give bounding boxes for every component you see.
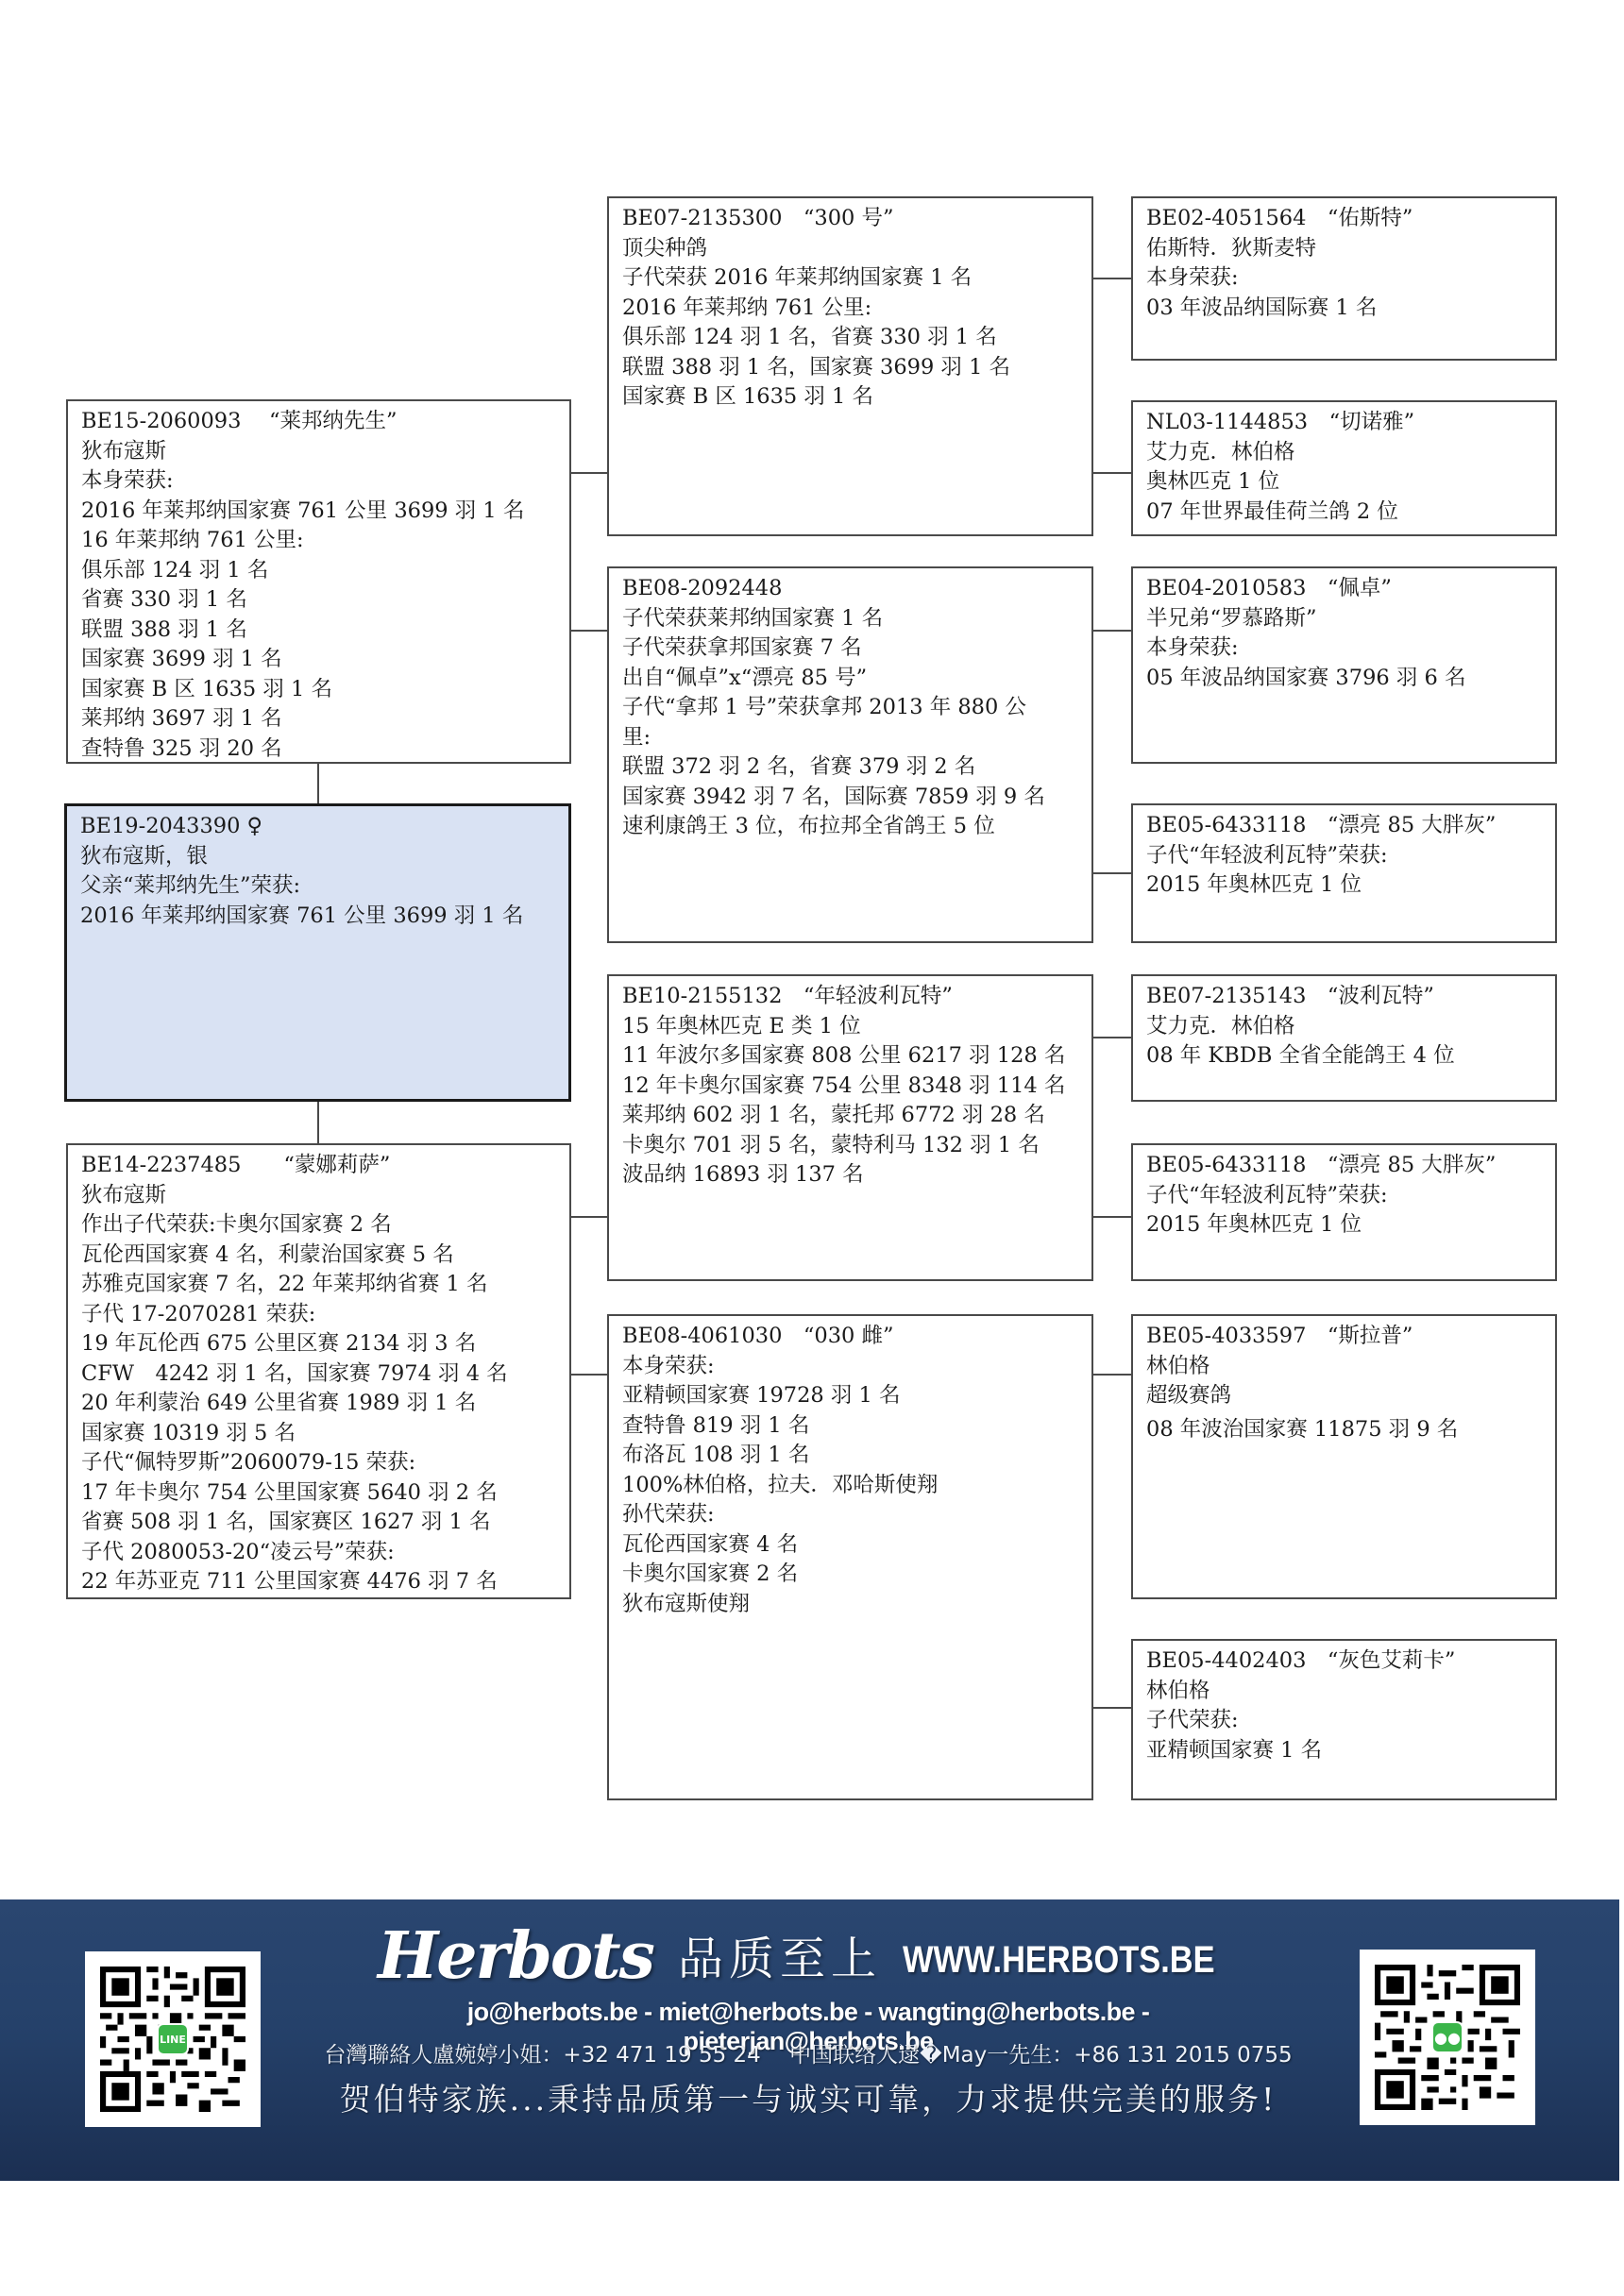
dam-line: 20 年利蒙治 649 公里省赛 1989 羽 1 名	[81, 1389, 569, 1419]
great-grandparent-card: NL03-1144853 “切诺雅” 艾力克．林伯格 奥林匹克 1 位 07 年…	[1131, 400, 1557, 536]
line-app-icon: LINE	[157, 2023, 189, 2055]
card-line: BE05-4402403 “灰色艾莉卡”	[1146, 1646, 1555, 1677]
card-line: 子代荣获莱邦纳国家赛 1 名	[622, 604, 1091, 634]
wechat-qr-code[interactable]: ●●	[1360, 1950, 1535, 2125]
card-line: 2015 年奥林匹克 1 位	[1146, 1210, 1555, 1241]
card-line: BE07-2135300 “300 号”	[622, 204, 1091, 234]
great-grandparent-card: BE05-6433118 “漂亮 85 大胖灰” 子代“年轻波利瓦特”荣获: 2…	[1131, 803, 1557, 943]
card-line: 速利康鸽王 3 位，布拉邦全省鸽王 5 位	[622, 812, 1091, 842]
connector	[1092, 1037, 1131, 1038]
card-line: 里:	[622, 723, 1091, 753]
card-line: NL03-1144853 “切诺雅”	[1146, 408, 1555, 438]
sire-line: BE15-2060093 “莱邦纳先生”	[81, 407, 569, 437]
connector	[570, 472, 607, 474]
card-line: 瓦伦西国家赛 4 名	[622, 1530, 1091, 1561]
sire-line: 国家赛 3699 羽 1 名	[81, 645, 569, 675]
tagline: 贺伯特家族...秉持品质第一与诚实可靠，力求提供完美的服务!	[289, 2075, 1328, 2119]
dam-line: 狄布寇斯	[81, 1181, 569, 1211]
connector	[1092, 472, 1131, 474]
card-line: 2015 年奥林匹克 1 位	[1146, 870, 1555, 901]
dam-line: CFW 4242 羽 1 名，国家赛 7974 羽 4 名	[81, 1359, 569, 1390]
card-line: 08 年波治国家赛 11875 羽 9 名	[1146, 1415, 1555, 1445]
contact-phones: 台灣聯絡人盧婉婷小姐：+32 471 19 55 24 中国联络人逯�May一先…	[298, 2037, 1318, 2068]
great-grandparent-card: BE02-4051564 “佑斯特” 佑斯特．狄斯麦特 本身荣获: 03 年波品…	[1131, 196, 1557, 361]
connector	[1092, 1707, 1131, 1709]
connector	[1092, 278, 1131, 279]
great-grandparent-card: BE05-4033597 “斯拉普” 林伯格 超级赛鸽 08 年波治国家赛 11…	[1131, 1314, 1557, 1599]
card-line: 12 年卡奥尔国家赛 754 公里 8348 羽 114 名	[622, 1072, 1091, 1102]
card-line: BE04-2010583 “佩卓”	[1146, 574, 1555, 604]
connector	[1092, 1374, 1131, 1376]
connector	[570, 630, 607, 632]
card-line: 07 年世界最佳荷兰鸽 2 位	[1146, 498, 1555, 528]
card-line: 100%林伯格，拉夫．邓哈斯使翔	[622, 1471, 1091, 1501]
sire-line: 狄布寇斯	[81, 437, 569, 467]
connector	[317, 1101, 319, 1143]
card-line: 布洛瓦 108 羽 1 名	[622, 1441, 1091, 1471]
sire-card: BE15-2060093 “莱邦纳先生” 狄布寇斯 本身荣获: 2016 年莱邦…	[66, 399, 571, 764]
card-line: BE10-2155132 “年轻波利瓦特”	[622, 982, 1091, 1012]
great-grandparent-card: BE05-6433118 “漂亮 85 大胖灰” 子代“年轻波利瓦特”荣获: 2…	[1131, 1143, 1557, 1281]
connector	[1092, 872, 1131, 874]
dam-line: 19 年瓦伦西 675 公里区赛 2134 羽 3 名	[81, 1329, 569, 1359]
card-line: 佑斯特．狄斯麦特	[1146, 234, 1555, 264]
sire-line: 16 年莱邦纳 761 公里:	[81, 526, 569, 556]
card-line: 卡奥尔国家赛 2 名	[622, 1560, 1091, 1590]
subject-line: 父亲“莱邦纳先生”荣获:	[80, 871, 568, 902]
card-line: 奥林匹克 1 位	[1146, 467, 1555, 498]
connector	[1092, 1216, 1131, 1218]
subject-line: 狄布寇斯，银	[80, 842, 568, 872]
card-line: 超级赛鸽	[1146, 1381, 1555, 1411]
dam-line: 国家赛 10319 羽 5 名	[81, 1419, 569, 1449]
card-line: BE02-4051564 “佑斯特”	[1146, 204, 1555, 234]
card-line: 05 年波品纳国家赛 3796 羽 6 名	[1146, 664, 1555, 694]
sire-line: 俱乐部 124 羽 1 名	[81, 556, 569, 586]
website-link[interactable]: WWW.HERBOTS.BE	[903, 1926, 1215, 1994]
wechat-app-icon: ●●	[1431, 2021, 1463, 2053]
sire-line: 本身荣获:	[81, 466, 569, 497]
card-line: 国家赛 3942 羽 7 名，国际赛 7859 羽 9 名	[622, 783, 1091, 813]
sire-line: 查特鲁 325 羽 20 名	[81, 734, 569, 765]
sire-line: 2016 年莱邦纳国家赛 761 公里 3699 羽 1 名	[81, 497, 569, 527]
card-line: BE08-2092448	[622, 574, 1091, 604]
sire-line: 国家赛 B 区 1635 羽 1 名	[81, 675, 569, 705]
card-line: 亚精顿国家赛 19728 羽 1 名	[622, 1381, 1091, 1411]
card-line: 出自“佩卓”x“漂亮 85 号”	[622, 664, 1091, 694]
dam-card: BE14-2237485 “蒙娜莉萨” 狄布寇斯 作出子代荣获:卡奥尔国家赛 2…	[66, 1143, 571, 1599]
card-line: 08 年 KBDB 全省全能鸽王 4 位	[1146, 1041, 1555, 1072]
dam-line: 瓦伦西国家赛 4 名，利蒙治国家赛 5 名	[81, 1241, 569, 1271]
card-line: 子代“年轻波利瓦特”荣获:	[1146, 841, 1555, 871]
granddam-maternal-card: BE08-4061030 “030 雌” 本身荣获: 亚精顿国家赛 19728 …	[607, 1314, 1093, 1800]
card-line: 国家赛 B 区 1635 羽 1 名	[622, 382, 1091, 413]
card-line: BE05-4033597 “斯拉普”	[1146, 1322, 1555, 1352]
card-line: BE08-4061030 “030 雌”	[622, 1322, 1091, 1352]
great-grandparent-card: BE04-2010583 “佩卓” 半兄弟“罗慕路斯” 本身荣获: 05 年波品…	[1131, 566, 1557, 764]
card-line: 15 年奥林匹克 E 类 1 位	[622, 1012, 1091, 1042]
card-line: 俱乐部 124 羽 1 名，省赛 330 羽 1 名	[622, 323, 1091, 353]
footer-banner: LINE Herbots 品质至上 WWW.HERBOTS.BE jo@herb…	[0, 1899, 1619, 2181]
subject-line: 2016 年莱邦纳国家赛 761 公里 3699 羽 1 名	[80, 902, 568, 932]
great-grandparent-card: BE07-2135143 “波利瓦特” 艾力克．林伯格 08 年 KBDB 全省…	[1131, 974, 1557, 1102]
card-line: 本身荣获:	[622, 1352, 1091, 1382]
card-line: 本身荣获:	[1146, 263, 1555, 294]
card-line: 联盟 388 羽 1 名，国家赛 3699 羽 1 名	[622, 353, 1091, 383]
card-line: 亚精顿国家赛 1 名	[1146, 1736, 1555, 1766]
sire-line: 莱邦纳 3697 羽 1 名	[81, 704, 569, 734]
connector	[317, 763, 319, 803]
dam-line: BE14-2237485 “蒙娜莉萨”	[81, 1151, 569, 1181]
card-line: 2016 年莱邦纳 761 公里:	[622, 294, 1091, 324]
card-line: 查特鲁 819 羽 1 名	[622, 1411, 1091, 1442]
herbots-logo: Herbots	[378, 1918, 653, 1994]
card-line: 孙代荣获:	[622, 1500, 1091, 1530]
card-line: 子代“拿邦 1 号”荣获拿邦 2013 年 880 公	[622, 693, 1091, 723]
dam-line: 作出子代荣获:卡奥尔国家赛 2 名	[81, 1210, 569, 1241]
card-line: 波品纳 16893 羽 137 名	[622, 1160, 1091, 1190]
grandsire-paternal-card: BE07-2135300 “300 号” 顶尖种鸽 子代荣获 2016 年莱邦纳…	[607, 196, 1093, 536]
subject-line: BE19-2043390 ♀	[80, 812, 568, 842]
dam-line: 省赛 508 羽 1 名，国家赛区 1627 羽 1 名	[81, 1508, 569, 1538]
great-grandparent-card: BE05-4402403 “灰色艾莉卡” 林伯格 子代荣获: 亚精顿国家赛 1 …	[1131, 1639, 1557, 1800]
card-line: 莱邦纳 602 羽 1 名，蒙托邦 6772 羽 28 名	[622, 1101, 1091, 1131]
card-line: 联盟 372 羽 2 名，省赛 379 羽 2 名	[622, 752, 1091, 783]
line-qr-code[interactable]: LINE	[85, 1951, 261, 2127]
card-line: BE05-6433118 “漂亮 85 大胖灰”	[1146, 811, 1555, 841]
card-line: 狄布寇斯使翔	[622, 1590, 1091, 1620]
card-line: 林伯格	[1146, 1352, 1555, 1382]
sire-line: 联盟 388 羽 1 名	[81, 616, 569, 646]
sire-line: 省赛 330 羽 1 名	[81, 585, 569, 616]
card-line: 卡奥尔 701 羽 5 名，蒙特利马 132 羽 1 名	[622, 1131, 1091, 1161]
card-line: 11 年波尔多国家赛 808 公里 6217 羽 128 名	[622, 1041, 1091, 1072]
card-line: 本身荣获:	[1146, 633, 1555, 664]
card-line: BE07-2135143 “波利瓦特”	[1146, 982, 1555, 1012]
dam-line: 17 年卡奥尔 754 公里国家赛 5640 羽 2 名	[81, 1478, 569, 1509]
card-line: 子代荣获:	[1146, 1706, 1555, 1736]
card-line: 艾力克．林伯格	[1146, 1012, 1555, 1042]
card-line: 子代“年轻波利瓦特”荣获:	[1146, 1181, 1555, 1211]
connector	[1092, 630, 1131, 632]
connector	[570, 1374, 607, 1376]
card-line: 03 年波品纳国际赛 1 名	[1146, 294, 1555, 324]
card-line: 顶尖种鸽	[622, 234, 1091, 264]
grandsire-maternal-card: BE10-2155132 “年轻波利瓦特” 15 年奥林匹克 E 类 1 位 1…	[607, 974, 1093, 1281]
card-line: 子代荣获拿邦国家赛 7 名	[622, 633, 1091, 664]
card-line: 半兄弟“罗慕路斯”	[1146, 604, 1555, 634]
slogan: 品质至上	[678, 1924, 882, 1994]
brand-row: Herbots 品质至上 WWW.HERBOTS.BE	[378, 1918, 1265, 1994]
dam-line: 22 年苏亚克 711 公里国家赛 4476 羽 7 名	[81, 1567, 569, 1597]
granddam-paternal-card: BE08-2092448 子代荣获莱邦纳国家赛 1 名 子代荣获拿邦国家赛 7 …	[607, 566, 1093, 943]
dam-line: 子代 17-2070281 荣获:	[81, 1300, 569, 1330]
connector	[570, 1216, 607, 1218]
dam-line: 苏雅克国家赛 7 名，22 年莱邦纳省赛 1 名	[81, 1270, 569, 1300]
dam-line: 子代“佩特罗斯”2060079-15 荣获:	[81, 1448, 569, 1478]
card-line: BE05-6433118 “漂亮 85 大胖灰”	[1146, 1151, 1555, 1181]
card-line: 艾力克．林伯格	[1146, 438, 1555, 468]
subject-card: BE19-2043390 ♀ 狄布寇斯，银 父亲“莱邦纳先生”荣获: 2016 …	[64, 803, 571, 1102]
card-line: 子代荣获 2016 年莱邦纳国家赛 1 名	[622, 263, 1091, 294]
card-line: 林伯格	[1146, 1677, 1555, 1707]
dam-line: 子代 2080053-20“凌云号”荣获:	[81, 1538, 569, 1568]
